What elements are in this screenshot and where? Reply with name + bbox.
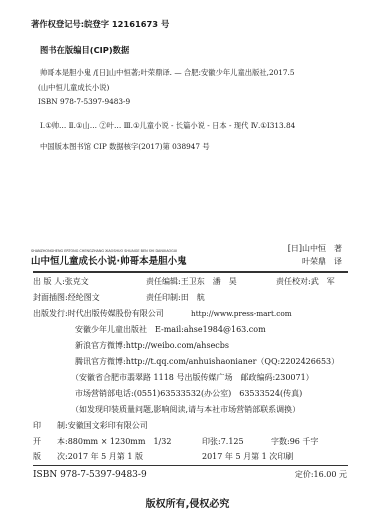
quality-notice: （如发现印装质量问题,影响阅读,请与本社市场营销部联系调换） <box>71 405 300 415</box>
title-pinyin: SHANZHONGHENG ERTONG CHENGZHANG XIAOSHUO… <box>31 249 177 254</box>
cip-series: (山中恒儿童成长小说) <box>38 83 109 93</box>
cip-line-1: 帅哥本是胆小鬼 /[日]山中恒著;叶荣鼎译. — 合肥:安徽少年儿童出版社,20… <box>40 68 295 78</box>
edition-row: 版 次:2017 年 5 月第 1 版 <box>33 452 143 462</box>
rights-notice: 版权所有,侵权必究 <box>0 498 375 511</box>
responsible-editor: 责任编辑:王卫东 潘 昊 <box>146 277 237 287</box>
printing: 2017 年 5 月第 1 次印刷 <box>202 452 293 462</box>
distribution-url[interactable]: http://www.press-mart.com <box>191 309 292 319</box>
cip-classification: Ⅰ.①帅… Ⅱ.①山… ②叶… Ⅲ.①儿童小说 - 长篇小说 - 日本 - 现代… <box>40 121 295 131</box>
publisher-person: 出 版 人:张克文 <box>33 277 89 287</box>
tencent-weibo: 腾讯官方微博:http://t.qq.com/anhuishaonianer（Q… <box>75 357 339 367</box>
cip-heading: 图书在版编目(CIP)数据 <box>40 44 129 56</box>
printer: 安徽国文彩印有限公司 <box>68 421 148 430</box>
address: （安徽省合肥市翡翠路 1118 号出版传媒广场 邮政编码:230071） <box>71 373 314 383</box>
edition-label: 版 次: <box>33 452 68 462</box>
book-title: 山中恒儿童成长小说·帅哥本是胆小鬼 <box>31 256 187 268</box>
cover-illustration: 封面插图:经纶图文 <box>33 293 100 303</box>
sina-weibo: 新浪官方微博:http://weibo.com/ahsecbs <box>75 341 229 351</box>
author: [日]山中恒 著 <box>288 244 342 254</box>
footer-isbn: ISBN 978-7-5397-9483-9 <box>33 469 147 481</box>
press-email: 安徽少年儿童出版社 E-mail:ahse1984@163.com <box>75 325 266 335</box>
title-divider <box>33 271 348 273</box>
printer-row: 印 制:安徽国文彩印有限公司 <box>33 421 148 431</box>
proofreader: 责任校对:武 军 <box>276 277 335 287</box>
cip-isbn: ISBN 978-7-5397-9483-9 <box>38 97 130 107</box>
copyright-registration: 著作权登记号:皖登字 12161673 号 <box>31 18 169 30</box>
price: 定价:16.00 元 <box>295 470 347 480</box>
print-sheets: 印张:7.125 <box>202 437 244 447</box>
distribution: 出版发行:时代出版传媒股份有限公司 <box>33 309 164 319</box>
format: 880mm × 1230mm 1/32 <box>68 437 172 446</box>
edition: 2017 年 5 月第 1 版 <box>68 452 143 461</box>
footer-divider <box>33 465 348 466</box>
word-count: 字数:96 千字 <box>271 437 318 447</box>
translator: 叶荣鼎 译 <box>302 257 342 267</box>
print-supervisor: 责任印制:田 航 <box>146 293 205 303</box>
format-row: 开 本:880mm × 1230mm 1/32 <box>33 437 171 447</box>
cip-verification: 中国版本图书馆 CIP 数据核字(2017)第 038947 号 <box>40 142 210 152</box>
format-label: 开 本: <box>33 437 68 447</box>
printer-label: 印 制: <box>33 421 68 431</box>
marketing-phone: 市场营销部电话:(0551)63533532(办公室) 63533524(传真) <box>75 389 302 399</box>
